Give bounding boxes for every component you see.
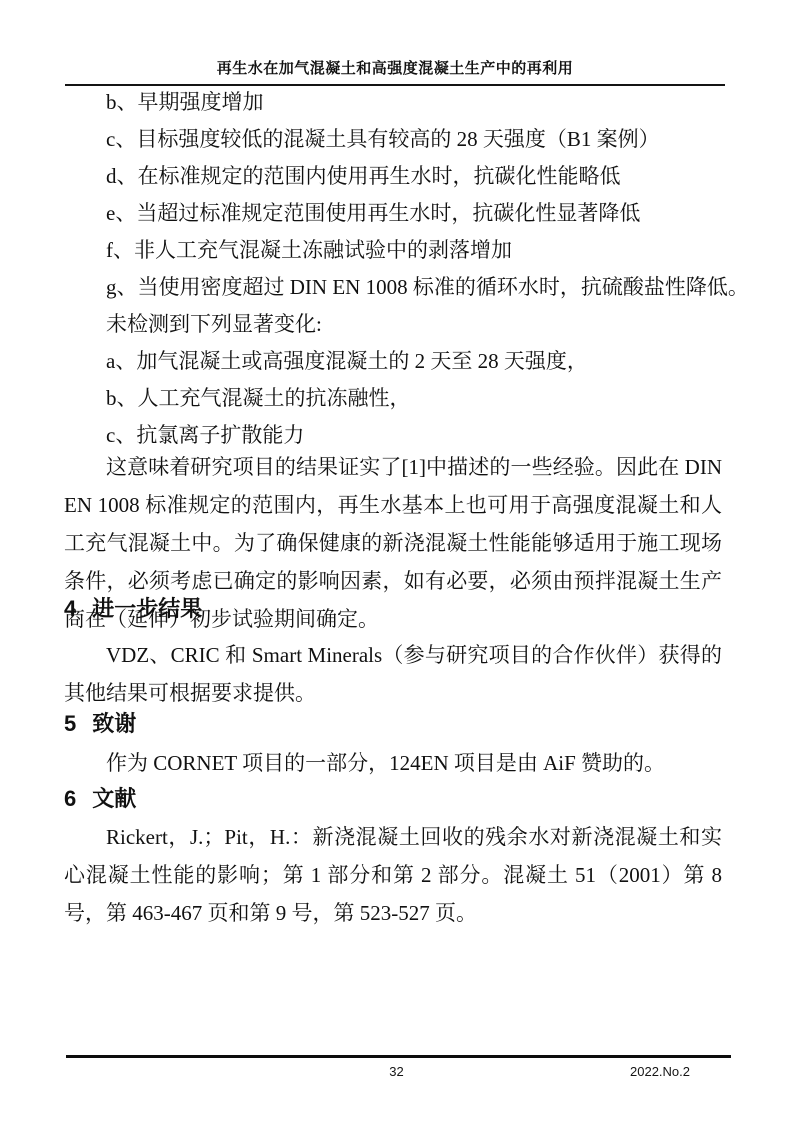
footer-rule bbox=[66, 1055, 731, 1058]
running-header-title: 再生水在加气混凝土和高强度混凝土生产中的再利用 bbox=[217, 61, 574, 77]
section-title: 进一步结果 bbox=[92, 596, 202, 621]
page-footer: 32 2022.No.2 bbox=[0, 1064, 793, 1084]
document-page: 再生水在加气混凝土和高强度混凝土生产中的再利用 b、早期强度增加 c、目标强度较… bbox=[0, 0, 793, 1122]
list-item: b、人工充气混凝土的抗冻融性， bbox=[64, 380, 722, 417]
list-item: c、目标强度较低的混凝土具有较高的 28 天强度（B1 案例） bbox=[64, 121, 722, 158]
section-number: 4 bbox=[64, 591, 76, 627]
running-header: 再生水在加气混凝土和高强度混凝土生产中的再利用 bbox=[65, 60, 725, 86]
section4-paragraph: VDZ、CRIC 和 Smart Minerals（参与研究项目的合作伙伴）获得… bbox=[64, 636, 722, 712]
note-line: 未检测到下列显著变化: bbox=[64, 306, 722, 343]
findings-list-block: b、早期强度增加 c、目标强度较低的混凝土具有较高的 28 天强度（B1 案例）… bbox=[64, 84, 722, 454]
section5-paragraph: 作为 CORNET 项目的一部分，124EN 项目是由 AiF 赞助的。 bbox=[64, 744, 722, 782]
section-heading-6: 6文献 bbox=[64, 781, 722, 817]
section-title: 文献 bbox=[92, 786, 136, 811]
section6-paragraph: Rickert，J.；Pit，H.：新浇混凝土回收的残余水对新浇混凝土和实心混凝… bbox=[64, 818, 722, 932]
list-item: b、早期强度增加 bbox=[64, 84, 722, 121]
section-number: 5 bbox=[64, 706, 76, 742]
list-item: d、在标准规定的范围内使用再生水时，抗碳化性能略低 bbox=[64, 158, 722, 195]
section-title: 致谢 bbox=[92, 711, 136, 736]
list-item: e、当超过标准规定范围使用再生水时，抗碳化性显著降低 bbox=[64, 195, 722, 232]
section-heading-4: 4进一步结果 bbox=[64, 591, 722, 627]
section-heading-5: 5致谢 bbox=[64, 706, 722, 742]
list-item: g、当使用密度超过 DIN EN 1008 标准的循环水时，抗硫酸盐性降低。 bbox=[64, 269, 722, 306]
list-item: a、加气混凝土或高强度混凝土的 2 天至 28 天强度， bbox=[64, 343, 722, 380]
section-number: 6 bbox=[64, 781, 76, 817]
list-item: f、非人工充气混凝土冻融试验中的剥落增加 bbox=[64, 232, 722, 269]
issue-number: 2022.No.2 bbox=[630, 1064, 690, 1079]
